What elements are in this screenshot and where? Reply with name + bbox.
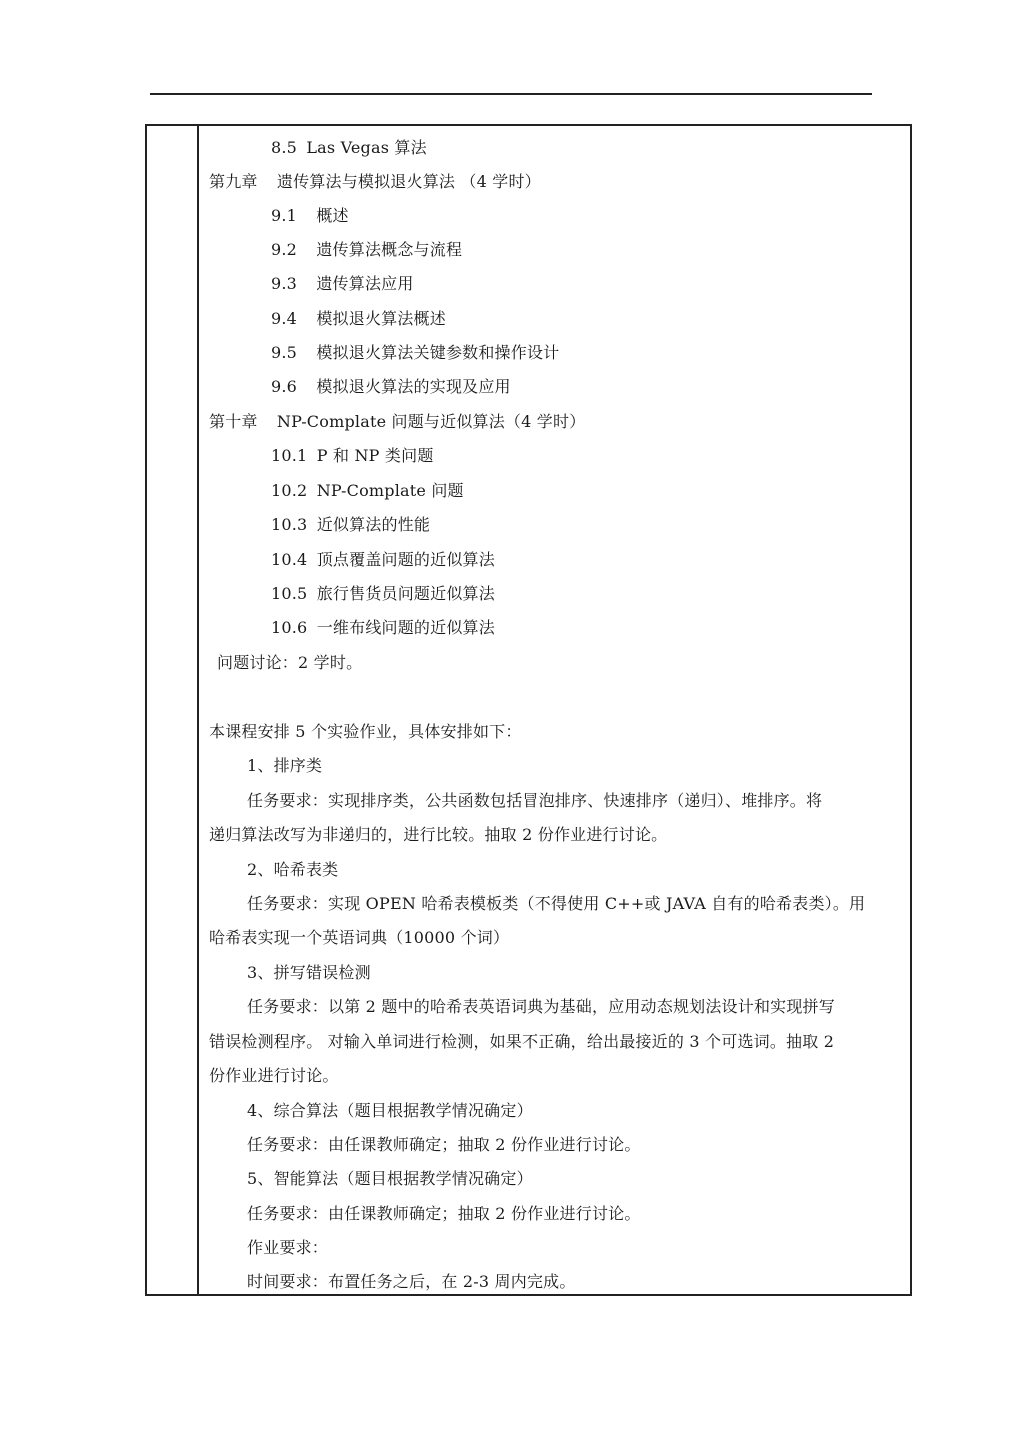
section-number: 10.1 — [271, 446, 307, 466]
section-10-6: 10.6 一维布线问题的近似算法 — [271, 618, 495, 638]
chapter-label: 第十章 — [209, 412, 258, 432]
experiment-3-requirement-line-1: 任务要求：以第 2 题中的哈希表英语词典为基础，应用动态规划法设计和实现拼写 — [247, 997, 835, 1017]
time-requirement: 时间要求：布置任务之后，在 2-3 周内完成。 — [247, 1272, 576, 1292]
chapter-10-heading: 第十章 NP-Complate 问题与近似算法（4 学时） — [209, 412, 585, 432]
section-number: 8.5 — [271, 138, 297, 158]
homework-requirements-label: 作业要求： — [247, 1238, 328, 1258]
section-9-6: 9.6 模拟退火算法的实现及应用 — [271, 377, 511, 397]
experiment-4-title: 4、综合算法（题目根据教学情况确定） — [247, 1101, 533, 1121]
section-title: NP-Complate 问题 — [317, 481, 464, 500]
section-number: 9.1 — [271, 206, 297, 226]
experiments-intro: 本课程安排 5 个实验作业，具体安排如下： — [209, 722, 522, 742]
experiment-3-requirement-line-2: 错误检测程序。 对输入单词进行检测，如果不正确，给出最接近的 3 个可选词。抽取… — [209, 1032, 834, 1052]
section-9-5: 9.5 模拟退火算法关键参数和操作设计 — [271, 343, 559, 363]
section-title: 模拟退火算法关键参数和操作设计 — [316, 343, 559, 362]
experiment-3-requirement-line-3: 份作业进行讨论。 — [209, 1066, 339, 1086]
section-title: 一维布线问题的近似算法 — [317, 618, 495, 637]
section-number: 9.6 — [271, 377, 297, 397]
section-10-3: 10.3 近似算法的性能 — [271, 515, 430, 535]
table-content-cell: 8.5 Las Vegas 算法 第九章 遗传算法与模拟退火算法 （4 学时） … — [199, 126, 910, 1294]
section-title: 遗传算法概念与流程 — [316, 240, 462, 259]
chapter-label: 第九章 — [209, 172, 258, 192]
section-number: 10.6 — [271, 618, 307, 638]
section-8-5: 8.5 Las Vegas 算法 — [271, 138, 427, 158]
section-9-3: 9.3 遗传算法应用 — [271, 274, 414, 294]
section-title: 旅行售货员问题近似算法 — [317, 584, 495, 603]
chapter-title: 遗传算法与模拟退火算法 （4 学时） — [277, 172, 541, 191]
section-title: 模拟退火算法的实现及应用 — [316, 377, 510, 396]
section-number: 9.3 — [271, 274, 297, 294]
section-title: P 和 NP 类问题 — [317, 446, 434, 465]
table-label-cell — [147, 126, 199, 1294]
experiment-2-requirement-line-2: 哈希表实现一个英语词典（10000 个词） — [209, 928, 509, 948]
section-title: 顶点覆盖问题的近似算法 — [317, 550, 495, 569]
experiment-3-title: 3、拼写错误检测 — [247, 963, 371, 983]
section-title: Las Vegas 算法 — [306, 138, 427, 157]
experiment-5-title: 5、智能算法（题目根据教学情况确定） — [247, 1169, 533, 1189]
experiment-2-title: 2、哈希表类 — [247, 860, 338, 880]
section-number: 10.4 — [271, 550, 307, 570]
experiment-5-requirement-line-1: 任务要求：由任课教师确定；抽取 2 份作业进行讨论。 — [247, 1204, 641, 1224]
section-number: 9.5 — [271, 343, 297, 363]
experiment-1-requirement-line-2: 递归算法改写为非递归的，进行比较。抽取 2 份作业进行讨论。 — [209, 825, 667, 845]
section-title: 近似算法的性能 — [317, 515, 430, 534]
section-number: 9.4 — [271, 309, 297, 329]
section-10-1: 10.1 P 和 NP 类问题 — [271, 446, 434, 466]
chapter-9-heading: 第九章 遗传算法与模拟退火算法 （4 学时） — [209, 172, 541, 192]
section-10-2: 10.2 NP-Complate 问题 — [271, 481, 464, 501]
experiment-2-requirement-line-1: 任务要求：实现 OPEN 哈希表模板类（不得使用 C++或 JAVA 自有的哈希… — [247, 894, 865, 914]
section-title: 遗传算法应用 — [316, 274, 413, 293]
section-number: 9.2 — [271, 240, 297, 260]
section-10-4: 10.4 顶点覆盖问题的近似算法 — [271, 550, 495, 570]
section-9-4: 9.4 模拟退火算法概述 — [271, 309, 446, 329]
section-number: 10.3 — [271, 515, 307, 535]
page-header-rule — [150, 93, 872, 95]
discussion-note: 问题讨论：2 学时。 — [217, 653, 362, 673]
section-10-5: 10.5 旅行售货员问题近似算法 — [271, 584, 495, 604]
experiment-1-title: 1、排序类 — [247, 756, 322, 776]
section-title: 概述 — [316, 206, 348, 225]
experiment-1-requirement-line-1: 任务要求：实现排序类，公共函数包括冒泡排序、快速排序（递归）、堆排序。将 — [247, 791, 822, 811]
section-number: 10.5 — [271, 584, 307, 604]
experiment-4-requirement-line-1: 任务要求：由任课教师确定；抽取 2 份作业进行讨论。 — [247, 1135, 641, 1155]
syllabus-table: 8.5 Las Vegas 算法 第九章 遗传算法与模拟退火算法 （4 学时） … — [145, 124, 912, 1296]
chapter-title: NP-Complate 问题与近似算法（4 学时） — [277, 412, 586, 431]
section-number: 10.2 — [271, 481, 307, 501]
section-9-1: 9.1 概述 — [271, 206, 349, 226]
section-9-2: 9.2 遗传算法概念与流程 — [271, 240, 462, 260]
section-title: 模拟退火算法概述 — [316, 309, 446, 328]
